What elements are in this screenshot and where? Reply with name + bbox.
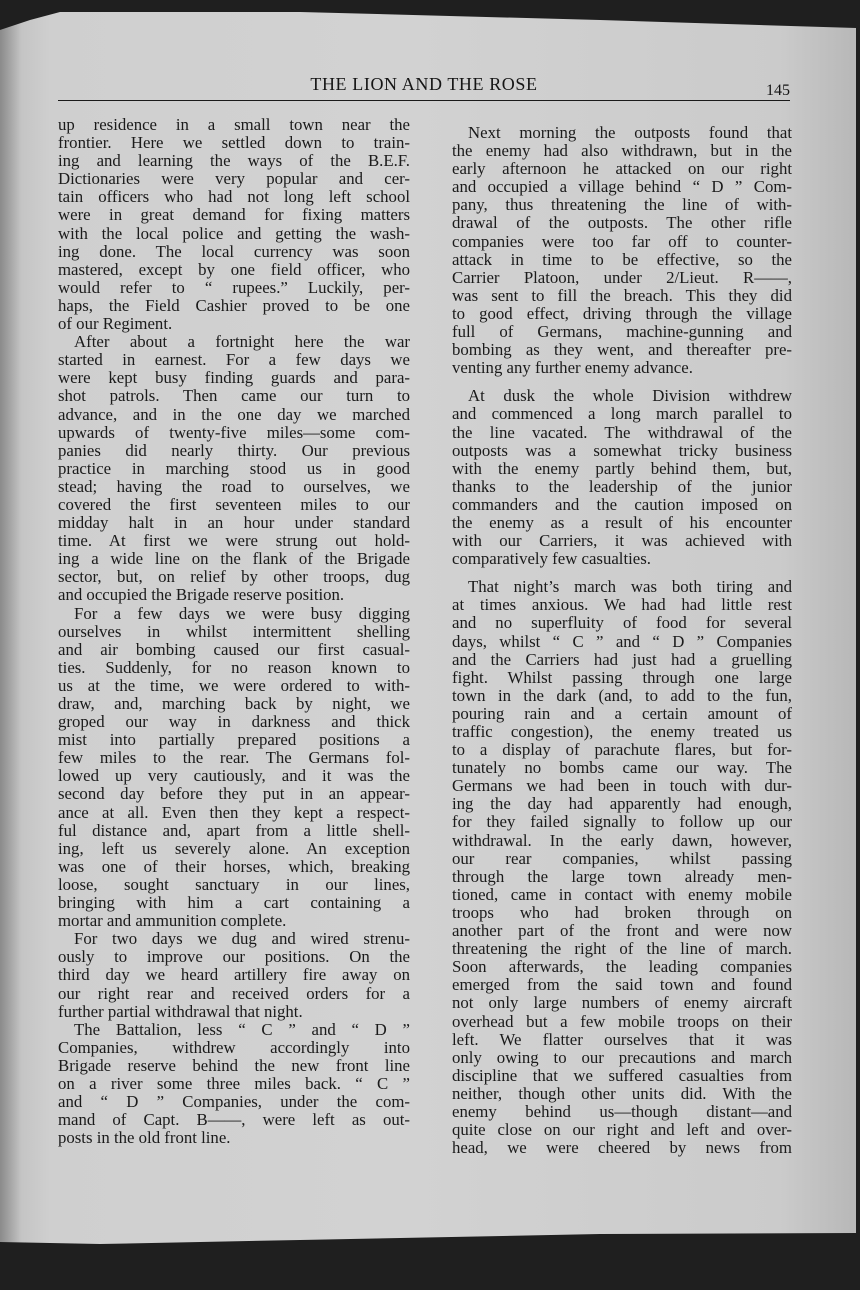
text-line: loose, sought sanctuary in our lines, bbox=[58, 876, 410, 894]
text-line: panies did nearly thirty. Our previous bbox=[58, 442, 410, 460]
text-line: quite close on our right and left and ov… bbox=[452, 1121, 792, 1139]
text-line: to a display of parachute flares, but fo… bbox=[452, 741, 792, 759]
text-line: and commenced a long march parallel to bbox=[452, 405, 792, 423]
text-line: thanks to the leadership of the junior bbox=[452, 478, 792, 496]
text-line: further partial withdrawal that night. bbox=[58, 1003, 410, 1021]
text-line: That night’s march was both tiring and bbox=[452, 578, 792, 596]
text-line: days, whilst “ C ” and “ D ” Companies bbox=[452, 633, 792, 651]
text-line: enemy behind us—though distant—and bbox=[452, 1103, 792, 1121]
text-line: neither, though other units did. With th… bbox=[452, 1085, 792, 1103]
text-line: up residence in a small town near the bbox=[58, 116, 410, 134]
text-line: not only large numbers of enemy aircraft bbox=[452, 994, 792, 1012]
text-line: started in earnest. For a few days we bbox=[58, 351, 410, 369]
text-line: posts in the old front line. bbox=[58, 1129, 410, 1147]
text-line: were in great demand for fixing matters bbox=[58, 206, 410, 224]
text-line: ing done. The local currency was soon bbox=[58, 243, 410, 261]
text-line: troops who had broken through on bbox=[452, 904, 792, 922]
text-line: only owing to our precautions and march bbox=[452, 1049, 792, 1067]
text-line: companies were too far off to counter- bbox=[452, 233, 792, 251]
text-line: Next morning the outposts found that bbox=[452, 124, 792, 142]
text-line: with our Carriers, it was achieved with bbox=[452, 532, 792, 550]
text-line: ing, left us severely alone. An exceptio… bbox=[58, 840, 410, 858]
text-line: haps, the Field Cashier proved to be one bbox=[58, 297, 410, 315]
paragraph: The Battalion, less “ C ” and “ D ” Comp… bbox=[58, 1021, 410, 1148]
text-line: the line vacated. The withdrawal of the bbox=[452, 424, 792, 442]
text-line: For two days we dug and wired strenu- bbox=[58, 930, 410, 948]
text-line: our right rear and received orders for a bbox=[58, 985, 410, 1003]
text-line: After about a fortnight here the war bbox=[58, 333, 410, 351]
text-line: At dusk the whole Division withdrew bbox=[452, 387, 792, 405]
text-line: tioned, came in contact with enemy mobil… bbox=[452, 886, 792, 904]
text-line: The Battalion, less “ C ” and “ D ” bbox=[58, 1021, 410, 1039]
text-line: ful distance and, apart from a little sh… bbox=[58, 822, 410, 840]
text-line: upwards of twenty-five miles—some com- bbox=[58, 424, 410, 442]
text-line: pouring rain and a certain amount of bbox=[452, 705, 792, 723]
text-line: ously to improve our positions. On the bbox=[58, 948, 410, 966]
text-line: discipline that we suffered casualties f… bbox=[452, 1067, 792, 1085]
text-line: with the enemy partly behind them, but, bbox=[452, 460, 792, 478]
text-line: Germans we had been in touch with dur- bbox=[452, 777, 792, 795]
text-line: ties. Suddenly, for no reason known to bbox=[58, 659, 410, 677]
text-line: draw, and, marching back by night, we bbox=[58, 695, 410, 713]
text-line: sector, but, on relief by other troops, … bbox=[58, 568, 410, 586]
text-line: advance, and in the one day we marched bbox=[58, 406, 410, 424]
text-line: mastered, except by one field officer, w… bbox=[58, 261, 410, 279]
text-line: traffic congestion), the enemy treated u… bbox=[452, 723, 792, 741]
text-line: mand of Capt. B——, were left as out- bbox=[58, 1111, 410, 1129]
text-line: and the Carriers had just had a gruellin… bbox=[452, 651, 792, 669]
text-line: the enemy as a result of his encounter bbox=[452, 514, 792, 532]
text-line: and air bombing caused our first casual- bbox=[58, 641, 410, 659]
text-line: our rear companies, whilst passing bbox=[452, 850, 792, 868]
text-line: to good effect, driving through the vill… bbox=[452, 305, 792, 323]
text-line: and no superfluity of food for several bbox=[452, 614, 792, 632]
text-line: another part of the front and were now bbox=[452, 922, 792, 940]
text-line: outposts was a somewhat tricky business bbox=[452, 442, 792, 460]
running-title: THE LION AND THE ROSE bbox=[58, 74, 790, 95]
text-line: us at the time, we were ordered to with- bbox=[58, 677, 410, 695]
text-line: mortar and ammunition complete. bbox=[58, 912, 410, 930]
text-line: covered the first seventeen miles to our bbox=[58, 496, 410, 514]
paragraph: At dusk the whole Division withdrew and … bbox=[452, 387, 792, 568]
text-line: with the local police and getting the wa… bbox=[58, 225, 410, 243]
text-line: bringing with him a cart containing a bbox=[58, 894, 410, 912]
text-line: fight. Whilst passing through one large bbox=[452, 669, 792, 687]
text-line: ing and learning the ways of the B.E.F. bbox=[58, 152, 410, 170]
text-line: and occupied a village behind “ D ” Com- bbox=[452, 178, 792, 196]
text-line: venting any further enemy advance. bbox=[452, 359, 792, 377]
text-line: Dictionaries were very popular and cer- bbox=[58, 170, 410, 188]
text-line: For a few days we were busy digging bbox=[58, 605, 410, 623]
text-line: tain officers who had not long left scho… bbox=[58, 188, 410, 206]
text-line: Companies, withdrew accordingly into bbox=[58, 1039, 410, 1057]
text-line: mist into partially prepared positions a bbox=[58, 731, 410, 749]
text-line: time. At first we were strung out hold- bbox=[58, 532, 410, 550]
scanned-book-page: THE LION AND THE ROSE 145 up residence i… bbox=[0, 0, 860, 1290]
gutter-shadow bbox=[0, 8, 22, 1246]
text-line: bombing as they went, and thereafter pre… bbox=[452, 341, 792, 359]
text-line: early afternoon he attacked on our right bbox=[452, 160, 792, 178]
text-line: overhead but a few mobile troops on thei… bbox=[452, 1013, 792, 1031]
text-line: left. We flatter ourselves that it was bbox=[452, 1031, 792, 1049]
text-line: frontier. Here we settled down to train- bbox=[58, 134, 410, 152]
right-column: Next morning the outposts found that the… bbox=[452, 124, 792, 1157]
text-line: drawal of the outposts. The other rifle bbox=[452, 214, 792, 232]
text-line: ing a wide line on the flank of the Brig… bbox=[58, 550, 410, 568]
left-column: up residence in a small town near the fr… bbox=[58, 116, 410, 1147]
text-line: groped our way in darkness and thick bbox=[58, 713, 410, 731]
text-line: shot patrols. Then came our turn to bbox=[58, 387, 410, 405]
text-line: town in the dark (and, to add to the fun… bbox=[452, 687, 792, 705]
text-line: few miles to the rear. The Germans fol- bbox=[58, 749, 410, 767]
text-line: on a river some three miles back. “ C ” bbox=[58, 1075, 410, 1093]
text-line: were kept busy finding guards and para- bbox=[58, 369, 410, 387]
text-line: attack in time to be effective, so the bbox=[452, 251, 792, 269]
text-line: and “ D ” Companies, under the com- bbox=[58, 1093, 410, 1111]
text-line: of our Regiment. bbox=[58, 315, 410, 333]
text-line: was sent to fill the breach. This they d… bbox=[452, 287, 792, 305]
text-line: was one of their horses, which, breaking bbox=[58, 858, 410, 876]
text-line: the enemy had also withdrawn, but in the bbox=[452, 142, 792, 160]
page-number: 145 bbox=[766, 82, 790, 100]
text-line: threatening the right of the line of mar… bbox=[452, 940, 792, 958]
paragraph: Next morning the outposts found that the… bbox=[452, 124, 792, 377]
paragraph: After about a fortnight here the war sta… bbox=[58, 333, 410, 604]
text-line: pany, thus threatening the line of with- bbox=[452, 196, 792, 214]
text-line: practice in marching stood us in good bbox=[58, 460, 410, 478]
paragraph: up residence in a small town near the fr… bbox=[58, 116, 410, 333]
text-line: stead; having the road to ourselves, we bbox=[58, 478, 410, 496]
text-line: Carrier Platoon, under 2/Lieut. R——, bbox=[452, 269, 792, 287]
text-line: at times anxious. We had had little rest bbox=[452, 596, 792, 614]
text-line: through the large town already men- bbox=[452, 868, 792, 886]
text-line: ing the day had apparently had enough, bbox=[452, 795, 792, 813]
paper-page: THE LION AND THE ROSE 145 up residence i… bbox=[0, 8, 856, 1246]
text-line: withdrawal. In the early dawn, however, bbox=[452, 832, 792, 850]
text-line: head, we were cheered by news from bbox=[452, 1139, 792, 1157]
text-line: and occupied the Brigade reserve positio… bbox=[58, 586, 410, 604]
text-line: would refer to “ rupees.” Luckily, per- bbox=[58, 279, 410, 297]
text-line: Brigade reserve behind the new front lin… bbox=[58, 1057, 410, 1075]
text-line: ance at all. Even then they kept a respe… bbox=[58, 804, 410, 822]
text-line: lowed up very cautiously, and it was the bbox=[58, 767, 410, 785]
text-line: midday halt in an hour under standard bbox=[58, 514, 410, 532]
text-line: Soon afterwards, the leading companies bbox=[452, 958, 792, 976]
paragraph: For two days we dug and wired strenu- ou… bbox=[58, 930, 410, 1020]
text-line: commanders and the caution imposed on bbox=[452, 496, 792, 514]
text-line: second day before they put in an appear- bbox=[58, 785, 410, 803]
text-line: comparatively few casualties. bbox=[452, 550, 792, 568]
text-line: ourselves in whilst intermittent shellin… bbox=[58, 623, 410, 641]
paragraph: For a few days we were busy digging ours… bbox=[58, 605, 410, 931]
text-line: emerged from the said town and found bbox=[452, 976, 792, 994]
paragraph: That night’s march was both tiring and a… bbox=[452, 578, 792, 1157]
text-line: third day we heard artillery fire away o… bbox=[58, 966, 410, 984]
running-header: THE LION AND THE ROSE 145 bbox=[58, 70, 790, 101]
text-line: full of Germans, machine-gunning and bbox=[452, 323, 792, 341]
text-line: for they failed signally to follow up ou… bbox=[452, 813, 792, 831]
text-line: tunately no bombs came our way. The bbox=[452, 759, 792, 777]
